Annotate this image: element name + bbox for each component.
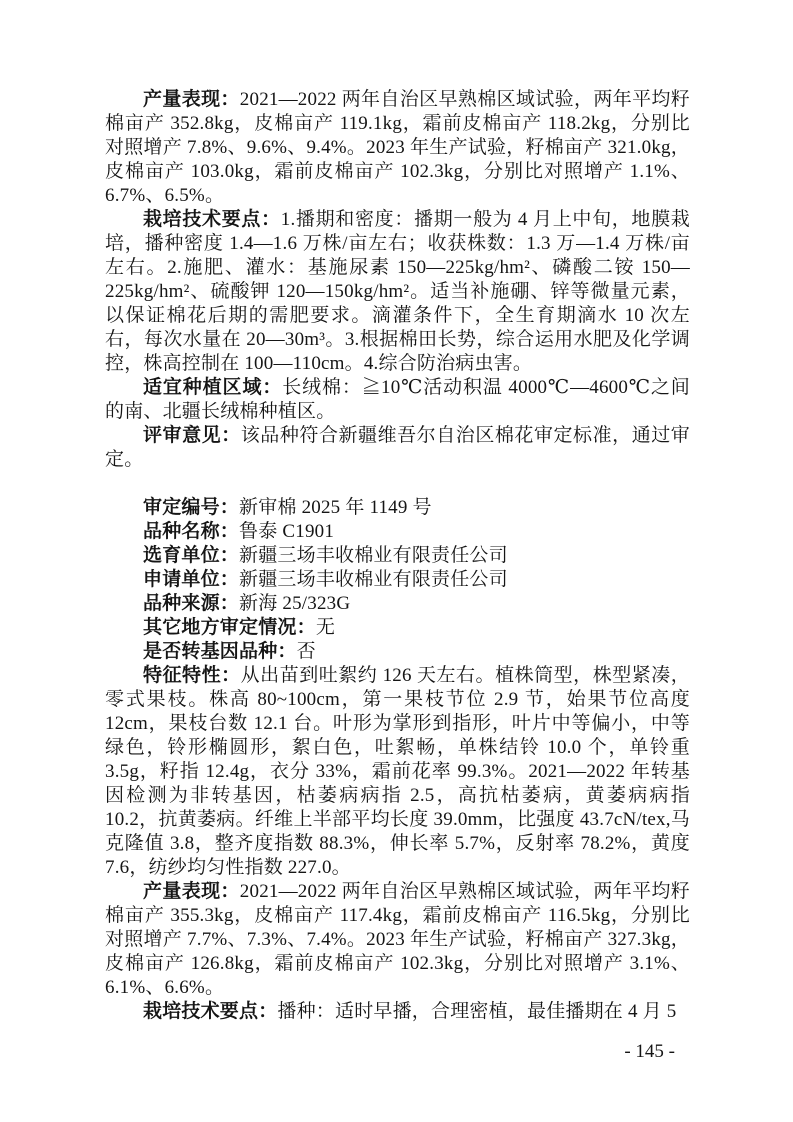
field-label: 申请单位： — [143, 569, 239, 590]
paragraph-cultivation-points-1: 栽培技术要点：1.播期和密度：播期一般为 4 月上中旬，地膜栽培，播种密度 1.… — [105, 208, 690, 376]
paragraph-label: 产量表现： — [143, 89, 240, 110]
field-value: 新海 25/323G — [239, 593, 350, 614]
paragraph-yield-performance-1: 产量表现：2021—2022 两年自治区早熟棉区域试验，两年平均籽棉亩产 352… — [105, 88, 690, 208]
field-transgenic-status: 是否转基因品种：否 — [105, 640, 690, 664]
field-label: 其它地方审定情况： — [143, 617, 316, 638]
paragraph-yield-performance-2: 产量表现：2021—2022 两年自治区早熟棉区域试验，两年平均籽棉亩产 355… — [105, 880, 690, 1000]
paragraph-text: 播种：适时早播，合理密植，最佳播期在 4 月 5 — [277, 1001, 676, 1022]
field-other-approval-status: 其它地方审定情况：无 — [105, 616, 690, 640]
paragraph-label: 评审意见： — [143, 425, 241, 446]
field-value: 无 — [316, 617, 335, 638]
field-label: 品种来源： — [143, 593, 239, 614]
document-page: 产量表现：2021—2022 两年自治区早熟棉区域试验，两年平均籽棉亩产 352… — [0, 0, 793, 1122]
field-value: 否 — [297, 641, 316, 662]
text-block: 产量表现：2021—2022 两年自治区早熟棉区域试验，两年平均籽棉亩产 352… — [105, 88, 690, 1024]
field-label: 选育单位： — [143, 545, 239, 566]
field-breeding-unit: 选育单位：新疆三场丰收棉业有限责任公司 — [105, 544, 690, 568]
field-value: 鲁泰 C1901 — [239, 521, 334, 542]
field-variety-name: 品种名称：鲁泰 C1901 — [105, 520, 690, 544]
field-applicant-unit: 申请单位：新疆三场丰收棉业有限责任公司 — [105, 568, 690, 592]
paragraph-label: 适宜种植区域： — [143, 377, 282, 398]
paragraph-suitable-region-1: 适宜种植区域：长绒棉：≧10℃活动积温 4000℃—4600℃之间的南、北疆长绒… — [105, 376, 690, 424]
paragraph-review-opinion-1: 评审意见：该品种符合新疆维吾尔自治区棉花审定标准，通过审定。 — [105, 424, 690, 472]
paragraph-label: 栽培技术要点： — [143, 1001, 277, 1022]
paragraph-label: 产量表现： — [143, 881, 240, 902]
paragraph-characteristics: 特征特性：从出苗到吐絮约 126 天左右。植株筒型，株型紧凑，零式果枝。株高 8… — [105, 664, 690, 880]
field-value: 新疆三场丰收棉业有限责任公司 — [239, 545, 508, 566]
field-label: 是否转基因品种： — [143, 641, 297, 662]
field-variety-source: 品种来源：新海 25/323G — [105, 592, 690, 616]
field-value: 新审棉 2025 年 1149 号 — [239, 497, 432, 518]
paragraph-label: 栽培技术要点： — [143, 209, 281, 230]
paragraph-label: 特征特性： — [143, 665, 241, 686]
field-approval-number: 审定编号：新审棉 2025 年 1149 号 — [105, 496, 690, 520]
field-label: 品种名称： — [143, 521, 239, 542]
paragraph-text: 从出苗到吐絮约 126 天左右。植株筒型，株型紧凑，零式果枝。株高 80~100… — [105, 665, 690, 878]
paragraph-text: 1.播期和密度：播期一般为 4 月上中旬，地膜栽培，播种密度 1.4—1.6 万… — [105, 209, 690, 374]
paragraph-cultivation-points-2: 栽培技术要点：播种：适时早播，合理密植，最佳播期在 4 月 5 — [105, 1000, 690, 1024]
page-number: - 145 - — [624, 1040, 675, 1064]
field-label: 审定编号： — [143, 497, 239, 518]
variety-record-block: 审定编号：新审棉 2025 年 1149 号 品种名称：鲁泰 C1901 选育单… — [105, 496, 690, 664]
field-value: 新疆三场丰收棉业有限责任公司 — [239, 569, 508, 590]
